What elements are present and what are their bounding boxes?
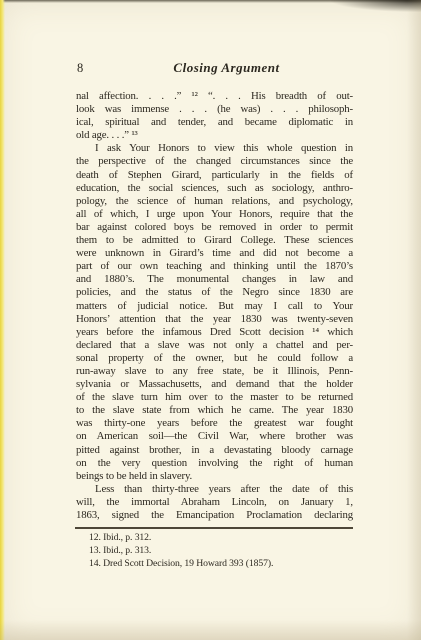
body-text-line: pology, the science of human relations, … [76,195,353,208]
running-header: 8 Closing Argument [76,60,353,77]
body-text-line: old age. . . .” ¹³ [76,129,353,142]
body-text-line: the perspective of the changed circumsta… [76,155,353,168]
body-text-block: nal affection. . . .” ¹² “. . . His brea… [76,90,353,522]
page-bottom-edge-shade [0,620,421,640]
body-text-line: nal affection. . . .” ¹² “. . . His brea… [76,90,353,103]
body-text-line: matters of judicial notice. But may I ca… [76,300,353,313]
body-text-line: ical, spiritual and tender, and became d… [76,116,353,129]
body-text-line: and 1880’s. The monumental changes in la… [76,273,353,286]
body-text-line: death of Stephen Girard, particularly in… [76,169,353,182]
body-text-line: policies, and the status of the Negro si… [76,286,353,299]
body-text-line: 1863, signed the Emancipation Proclamati… [76,509,353,522]
footnote-divider-rule [75,527,353,529]
body-text-line: was thirty-one years before the greatest… [76,417,353,430]
body-text-line: I ask Your Honors to view this whole que… [76,142,353,155]
body-text-line: pitted against brother, in a devastating… [76,444,353,457]
body-text-line: sylvania or Massachusetts, and demand th… [76,378,353,391]
body-text-line: all of which, I urge upon Your Honors, r… [76,208,353,221]
body-text-line: declared that a slave was not only a cha… [76,339,353,352]
body-text-line: Honors’ attention that the year 1830 was… [76,313,353,326]
footnote-line: 14. Dred Scott Decision, 19 Howard 393 (… [89,557,353,570]
footnote-line: 13. Ibid., p. 313. [89,544,353,557]
book-page-scan: 8 Closing Argument nal affection. . . .”… [0,0,421,640]
body-text-line: part of our own teaching and thinking un… [76,260,353,273]
body-text-line: look was immense . . . (he was) . . . ph… [76,103,353,116]
body-text-line: were unknown in Girard’s time and did no… [76,247,353,260]
body-text-line: on the very question involving the right… [76,457,353,470]
page-left-edge-strip [0,0,5,640]
body-text-line: to the slave state from which he came. T… [76,404,353,417]
page-right-edge-shade [407,0,421,640]
body-text-line: on American soil—the Civil War, where br… [76,430,353,443]
body-text-line: will, the immortal Abraham Lincoln, on J… [76,496,353,509]
body-text-line: years before the infamous Dred Scott dec… [76,326,353,339]
page-number: 8 [77,61,83,76]
body-text-line: run-away slave to any free state, be it … [76,365,353,378]
running-head-title: Closing Argument [88,60,365,76]
body-text-line: sonal property of the owner, but he coul… [76,352,353,365]
body-text-line: Less than thirty-three years after the d… [76,483,353,496]
footnote-line: 12. Ibid., p. 312. [89,531,353,544]
body-text-line: of the slave turn him over to the master… [76,391,353,404]
body-text-line: beings to be held in slavery. [76,470,353,483]
footnotes-block: 12. Ibid., p. 312.13. Ibid., p. 313.14. … [89,531,353,571]
body-text-line: them to be admitted to Girard College. T… [76,234,353,247]
body-text-line: bar against colored boys be removed in o… [76,221,353,234]
body-text-line: education, the social sciences, such as … [76,182,353,195]
